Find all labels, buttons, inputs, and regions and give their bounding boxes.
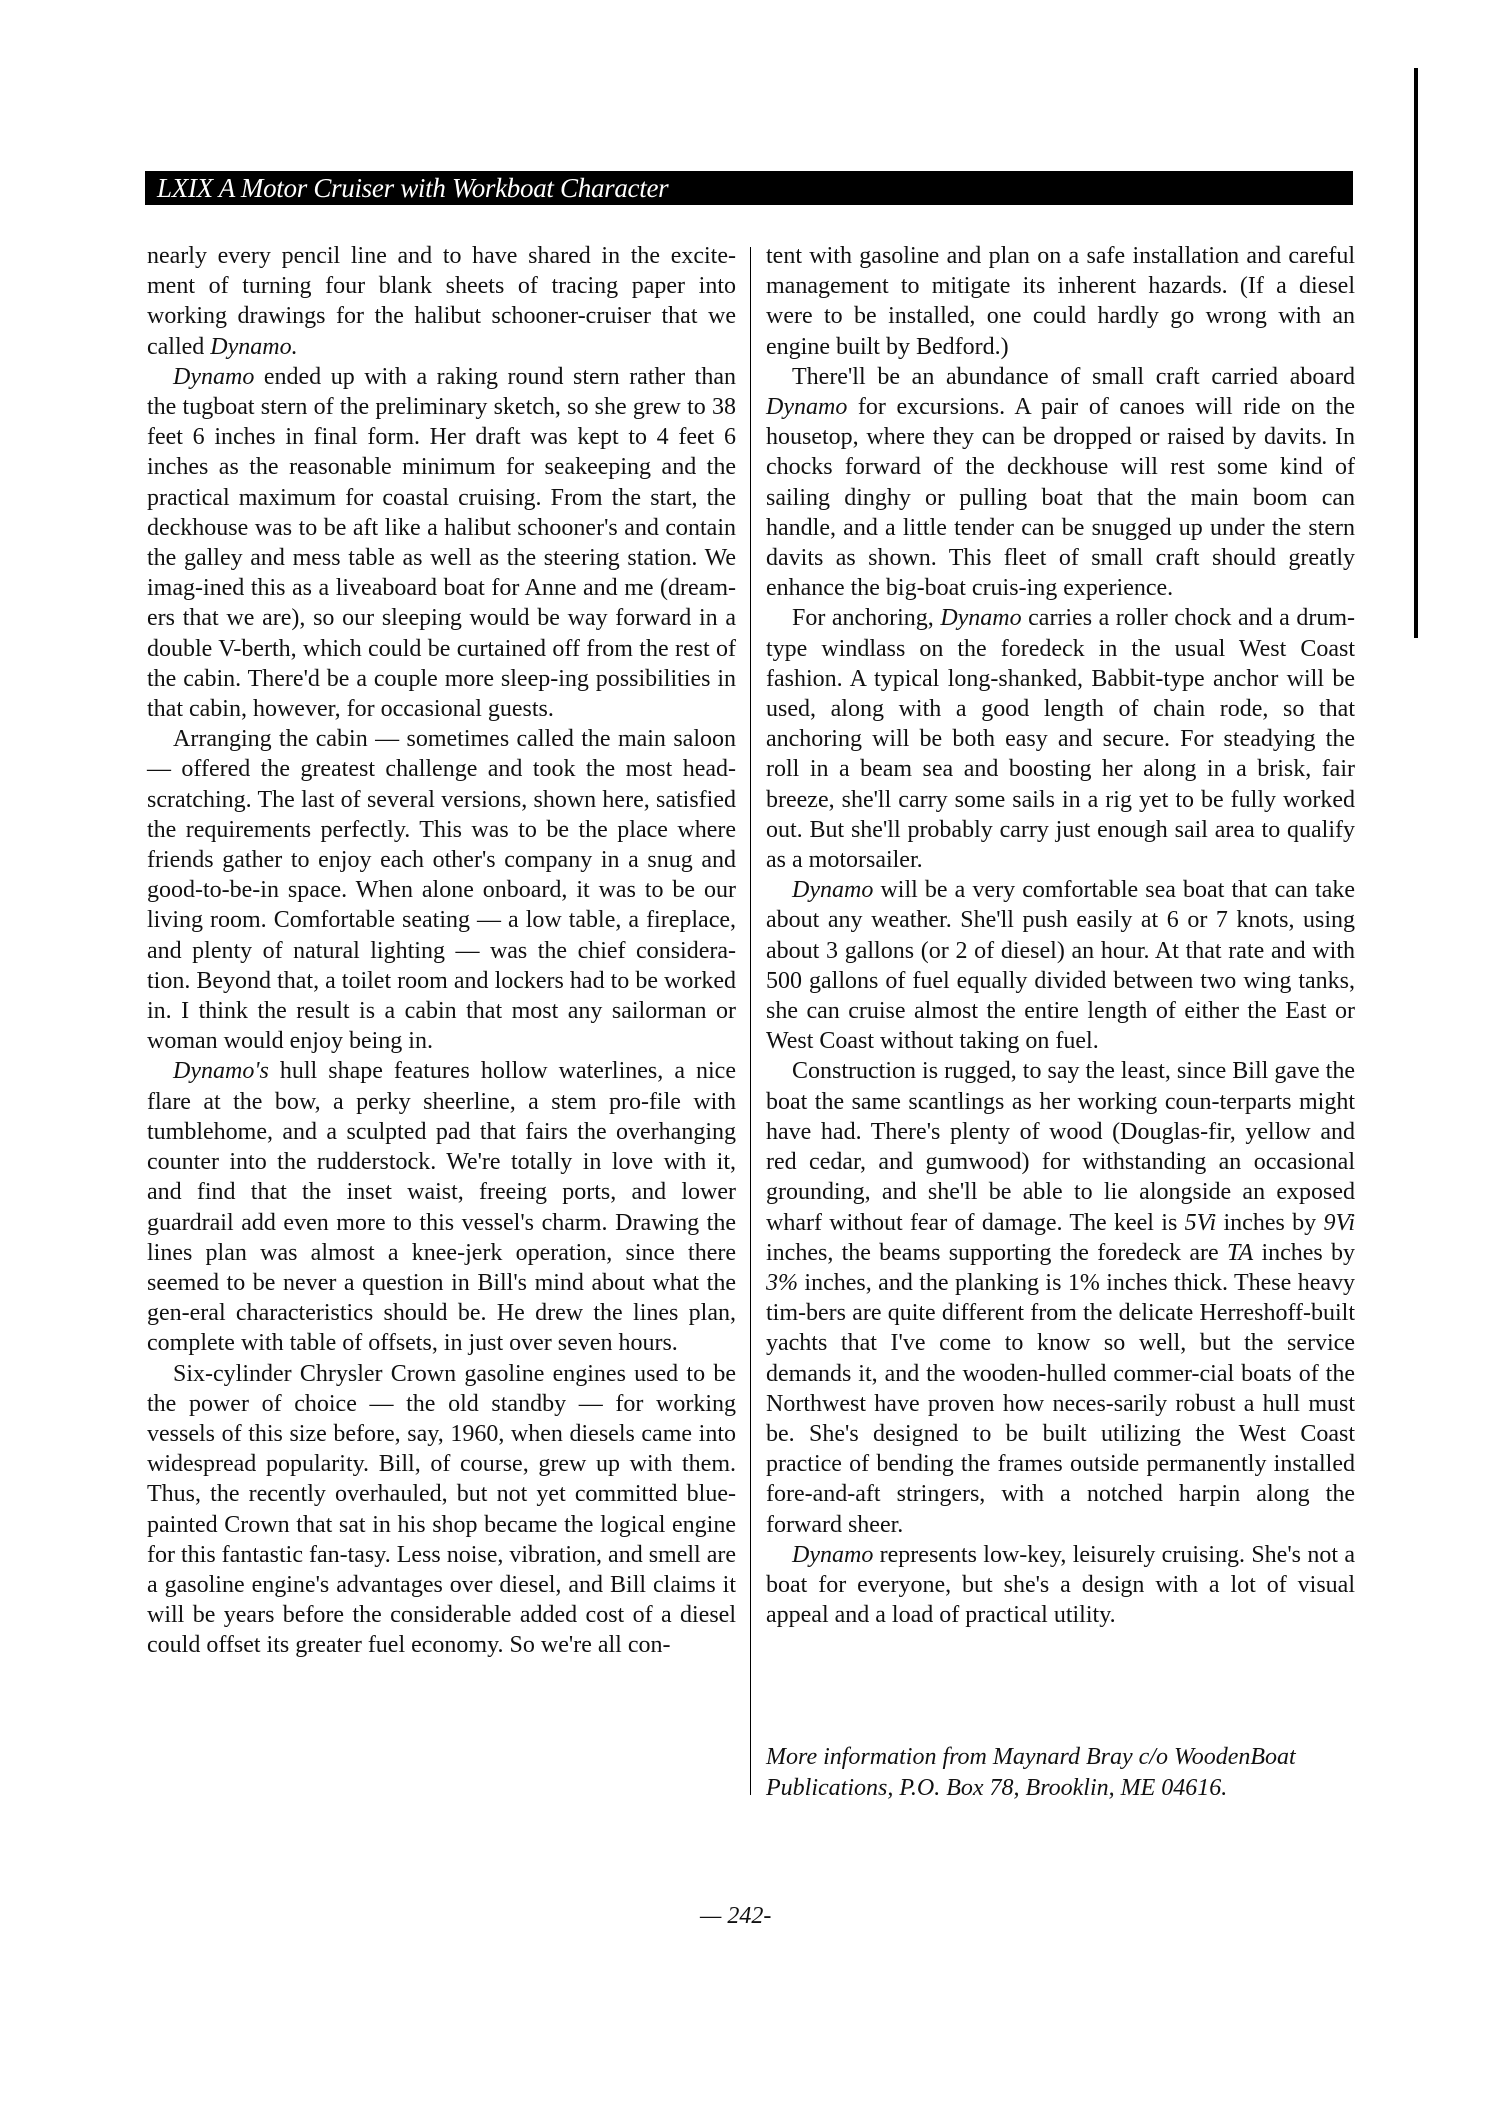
contact-credit: More information from Maynard Bray c/o W…: [766, 1742, 1355, 1804]
body-paragraph: There'll be an abundance of small craft …: [766, 362, 1355, 604]
body-paragraph: Arranging the cabin — sometimes called t…: [147, 724, 736, 1056]
italic-text: Dynamo.: [210, 334, 297, 360]
text-run: inches by: [1216, 1210, 1323, 1236]
text-run: Arranging the cabin — sometimes called t…: [147, 726, 736, 1054]
body-paragraph: Dynamo represents low-key, leisurely cru…: [766, 1540, 1355, 1631]
italic-text: Dynamo: [173, 364, 254, 390]
text-run: will be a very comfortable sea boat that…: [766, 877, 1355, 1054]
body-paragraph: tent with gasoline and plan on a safe in…: [766, 241, 1355, 362]
italic-text: 3%: [766, 1270, 798, 1296]
text-run: hull shape features hollow waterlines, a…: [147, 1058, 736, 1356]
text-run: ended up with a raking round stern rathe…: [147, 364, 736, 722]
italic-text: Dynamo's: [173, 1058, 269, 1084]
body-paragraph: Six-cylinder Chrysler Crown gasoline eng…: [147, 1359, 736, 1661]
column-divider: [750, 247, 751, 1795]
body-paragraph: nearly every pencil line and to have sha…: [147, 241, 736, 362]
text-run: Six-cylinder Chrysler Crown gasoline eng…: [147, 1361, 736, 1659]
text-run: inches, the beams supporting the foredec…: [766, 1240, 1227, 1266]
italic-text: Dynamo: [792, 1542, 873, 1568]
body-paragraph: Dynamo's hull shape features hollow wate…: [147, 1056, 736, 1358]
body-paragraph: Dynamo ended up with a raking round ster…: [147, 362, 736, 724]
credit-line-1: More information from Maynard Bray c/o W…: [766, 1742, 1355, 1773]
body-paragraph: Dynamo will be a very comfortable sea bo…: [766, 875, 1355, 1056]
left-column: nearly every pencil line and to have sha…: [147, 241, 736, 1661]
italic-text: Dynamo: [940, 605, 1021, 631]
text-run: inches, and the planking is 1% inches th…: [766, 1270, 1355, 1538]
body-paragraph: For anchoring, Dynamo carries a roller c…: [766, 603, 1355, 875]
text-run: for excursions. A pair of canoes will ri…: [766, 394, 1355, 601]
text-run: carries a roller chock and a drum-type w…: [766, 605, 1355, 873]
text-run: inches by: [1253, 1240, 1355, 1266]
chapter-title: LXIX A Motor Cruiser with Workboat Chara…: [157, 173, 668, 203]
italic-text: Dynamo: [766, 394, 847, 420]
italic-text: TA: [1227, 1240, 1253, 1266]
text-run: For anchoring,: [792, 605, 940, 631]
italic-text: 9Vi: [1323, 1210, 1355, 1236]
page-edge-rule: [1414, 68, 1418, 638]
page-number: — 242-: [700, 1903, 771, 1930]
chapter-header-bar: LXIX A Motor Cruiser with Workboat Chara…: [145, 171, 1353, 205]
text-run: There'll be an abundance of small craft …: [792, 364, 1355, 390]
italic-text: 5Vi: [1185, 1210, 1217, 1236]
right-column: tent with gasoline and plan on a safe in…: [766, 241, 1355, 1630]
body-paragraph: Construction is rugged, to say the least…: [766, 1056, 1355, 1539]
credit-line-2: Publications, P.O. Box 78, Brooklin, ME …: [766, 1773, 1355, 1804]
italic-text: Dynamo: [792, 877, 873, 903]
text-run: tent with gasoline and plan on a safe in…: [766, 243, 1355, 360]
